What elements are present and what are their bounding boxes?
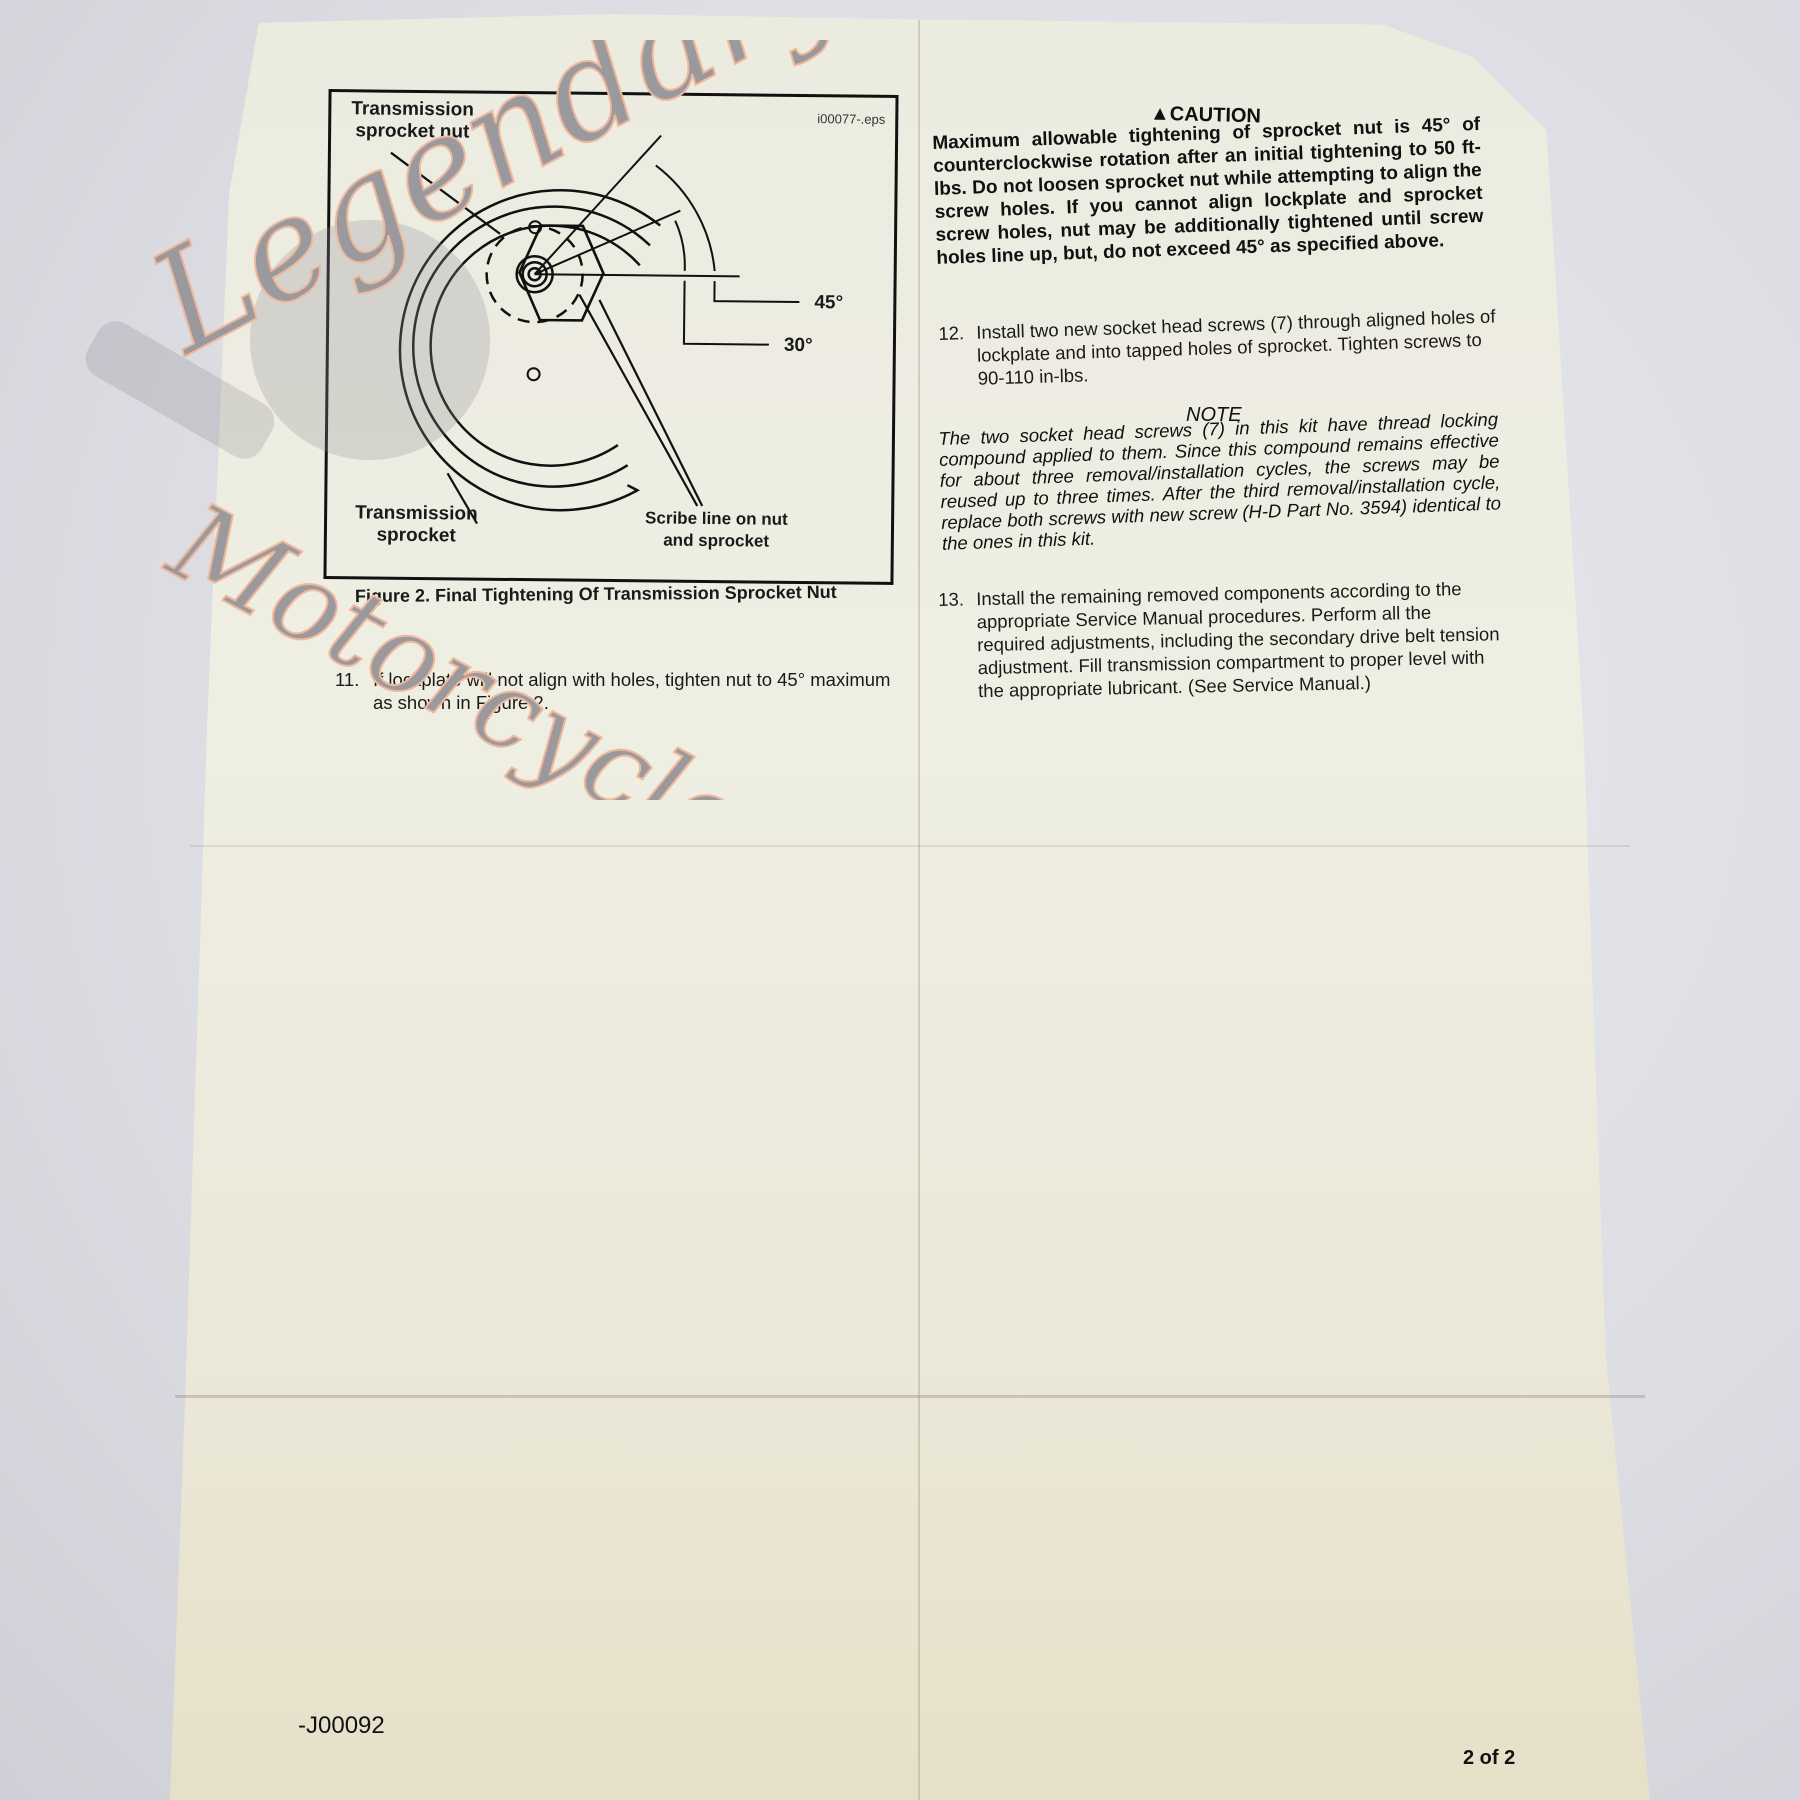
page-number: 2 of 2 (1463, 1747, 1515, 1770)
step-text: If lockplate will not align with holes, … (373, 668, 895, 714)
note-text: The two socket head screws (7) in this k… (938, 408, 1502, 553)
figure-file-id: i00077-.eps (817, 111, 885, 127)
fold-crease-vertical (918, 20, 920, 1800)
step-13: 13. Install the remaining removed compon… (938, 576, 1505, 703)
label-transmission-sprocket: Transmission sprocket (355, 502, 478, 547)
label-transmission-sprocket-nut: Transmission sprocket nut (351, 98, 474, 143)
step-11: 11. If lockplate will not align with hol… (335, 668, 895, 714)
step-number: 11. (335, 668, 359, 691)
caution-text: Maximum allowable tightening of sprocket… (932, 113, 1484, 270)
label-scribe-line: Scribe line on nut and sprocket (645, 507, 788, 552)
label-angle-45: 45° (814, 292, 843, 314)
document-code: -J00092 (298, 1712, 385, 1740)
fold-crease-horizontal-lower (175, 1395, 1645, 1398)
fold-crease-horizontal (190, 845, 1630, 847)
step-text: Install the remaining removed components… (976, 576, 1505, 702)
figure-caption: Figure 2. Final Tightening Of Transmissi… (355, 582, 837, 607)
warning-triangle-icon: ▲ (1150, 103, 1170, 126)
figure-2-diagram: Transmission sprocket nut i00077-.eps 45… (323, 89, 898, 585)
step-number: 12. (938, 321, 964, 345)
label-angle-30: 30° (784, 335, 813, 357)
step-number: 13. (938, 587, 964, 611)
